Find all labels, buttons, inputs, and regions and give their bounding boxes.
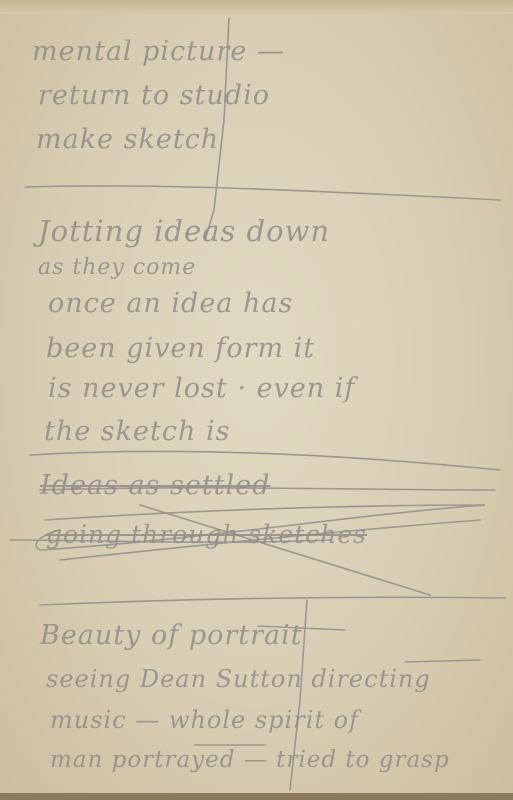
note-line: seeing Dean Sutton directing	[46, 665, 431, 693]
note-line: as they come	[38, 255, 196, 280]
section-divider-1	[25, 186, 500, 200]
note-line: Beauty of portrait	[40, 620, 303, 651]
struck-note-line: going through sketches	[46, 520, 367, 549]
section-divider-3	[40, 597, 505, 605]
note-line: man portrayed — tried to grasp	[50, 747, 450, 773]
note-line: the sketch is	[44, 416, 230, 447]
diagonal-cross-stroke	[140, 505, 430, 595]
note-line: Jotting ideas down	[38, 214, 330, 248]
note-line: been given form it	[46, 333, 315, 364]
note-line: make sketch	[36, 124, 219, 155]
note-line: once an idea has	[48, 288, 293, 319]
note-line: mental picture —	[32, 36, 285, 67]
note-line: music — whole spirit of	[50, 706, 359, 734]
note-line: return to studio	[38, 80, 270, 111]
section-divider-2	[30, 451, 500, 470]
note-line: is never lost · even if	[48, 373, 355, 404]
struck-note-line: Ideas as settled	[40, 470, 270, 501]
